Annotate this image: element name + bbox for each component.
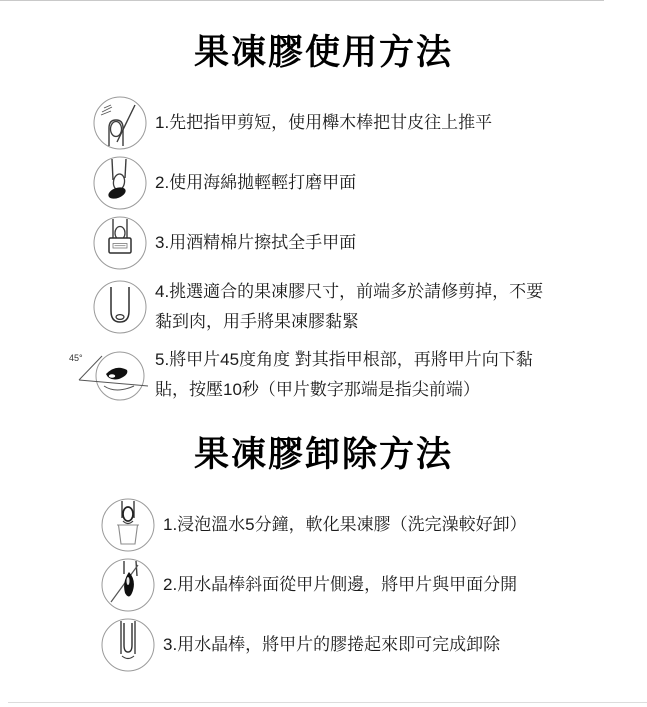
usage-step-5-text: 5.將甲片45度角度 對其指甲根部，再將甲片向下黏 貼，按壓10秒（甲片數字那端…	[155, 345, 533, 405]
removal-step-2-text: 2.用水晶棒斜面從甲片側邊，將甲片與甲面分開	[163, 570, 517, 600]
usage-step-4: 4.挑選適合的果凍膠尺寸，前端多於請修剪掉，不要 黏到肉，用手將果凍膠黏緊	[0, 274, 647, 340]
step-line: 1.先把指甲剪短，使用櫸木棒把甘皮往上推平	[155, 108, 492, 138]
usage-step-1: 1.先把指甲剪短，使用櫸木棒把甘皮往上推平	[0, 94, 647, 152]
usage-title: 果凍膠使用方法	[0, 0, 647, 74]
removal-title: 果凍膠卸除方法	[0, 410, 647, 476]
alcohol-wipe-icon	[92, 215, 148, 271]
removal-step-1-text: 1.浸泡溫水5分鐘，軟化果凍膠（洗完澡較好卸）	[163, 510, 527, 540]
removal-step-3-text: 3.用水晶棒，將甲片的膠捲起來即可完成卸除	[163, 630, 500, 660]
top-rule	[0, 0, 604, 1]
step-line: 5.將甲片45度角度 對其指甲根部，再將甲片向下黏	[155, 345, 533, 375]
step-line: 1.浸泡溫水5分鐘，軟化果凍膠（洗完澡較好卸）	[163, 510, 527, 540]
angle-45-label: 45°	[69, 353, 83, 363]
step-line: 3.用酒精棉片擦拭全手甲面	[155, 228, 356, 258]
bottom-rule	[8, 702, 647, 703]
usage-step-3: 3.用酒精棉片擦拭全手甲面	[0, 214, 647, 272]
crystal-stick-roll-icon	[100, 617, 156, 673]
step-line: 黏到肉，用手將果凍膠黏緊	[155, 307, 543, 337]
usage-step-5: 45° 5.將甲片45度角度 對其指甲根部，再將甲片向下黏 貼，按壓10秒（甲片…	[0, 342, 647, 408]
angle-45-apply-icon: 45°	[66, 347, 152, 403]
usage-step-3-text: 3.用酒精棉片擦拭全手甲面	[155, 228, 356, 258]
crystal-stick-pry-icon	[100, 557, 156, 613]
usage-step-1-text: 1.先把指甲剪短，使用櫸木棒把甘皮往上推平	[155, 108, 492, 138]
soak-warm-water-icon	[100, 497, 156, 553]
step-line: 2.用水晶棒斜面從甲片側邊，將甲片與甲面分開	[163, 570, 517, 600]
usage-step-4-text: 4.挑選適合的果凍膠尺寸，前端多於請修剪掉，不要 黏到肉，用手將果凍膠黏緊	[155, 277, 543, 337]
step-line: 貼，按壓10秒（甲片數字那端是指尖前端）	[155, 375, 533, 405]
usage-section: 果凍膠使用方法 1.先把指甲剪短，使用櫸木棒把甘皮往上推平	[0, 0, 647, 408]
step-line: 2.使用海綿拋輕輕打磨甲面	[155, 168, 356, 198]
step-line: 4.挑選適合的果凍膠尺寸，前端多於請修剪掉，不要	[155, 277, 543, 307]
removal-step-1: 1.浸泡溫水5分鐘，軟化果凍膠（洗完澡較好卸）	[0, 496, 647, 554]
sponge-buff-icon	[92, 155, 148, 211]
jelly-gel-size-icon	[92, 279, 148, 335]
usage-step-2-text: 2.使用海綿拋輕輕打磨甲面	[155, 168, 356, 198]
removal-step-3: 3.用水晶棒，將甲片的膠捲起來即可完成卸除	[0, 616, 647, 674]
step-line: 3.用水晶棒，將甲片的膠捲起來即可完成卸除	[163, 630, 500, 660]
removal-section: 果凍膠卸除方法 1.浸泡溫水5分鐘，軟化果凍膠（洗完澡較好卸）	[0, 410, 647, 674]
usage-step-2: 2.使用海綿拋輕輕打磨甲面	[0, 154, 647, 212]
removal-step-2: 2.用水晶棒斜面從甲片側邊，將甲片與甲面分開	[0, 556, 647, 614]
cuticle-push-icon	[92, 95, 148, 151]
